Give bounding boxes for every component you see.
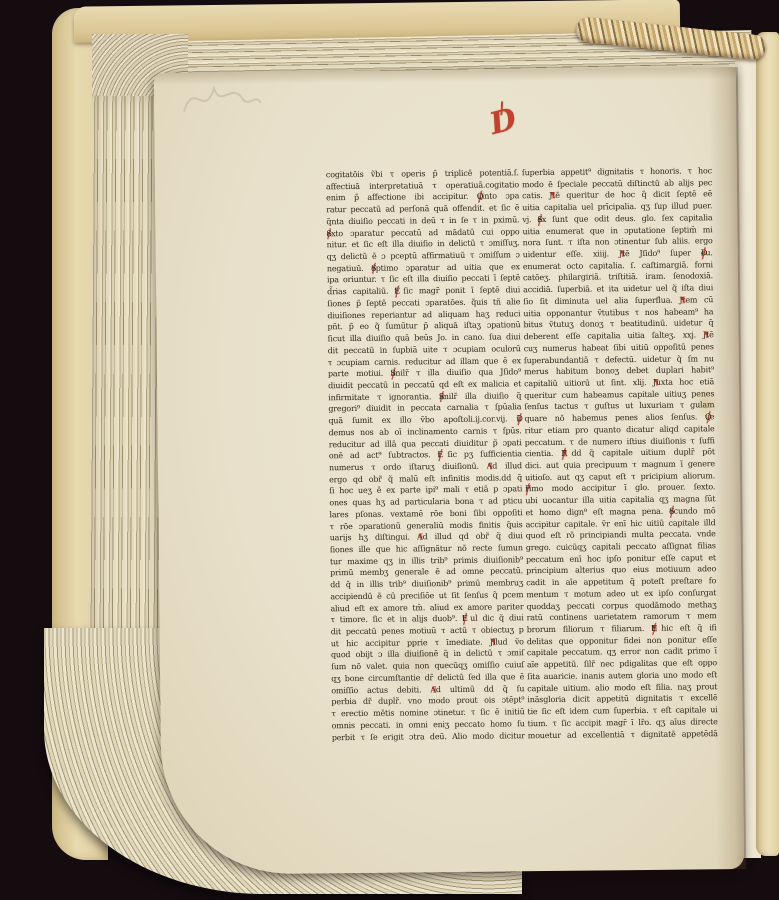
open-page: D cogitatōis ṽbi τ operis p̃ triplicē po… [154,67,744,875]
book-cover-right-edge [756,32,779,856]
text-column-right: ſuperbia appetit⁹ dignitatis τ honoris. … [522,165,718,741]
quire-mark-ornament: D [487,105,520,141]
text-line: perbit τ ſe erigit ɔtra deū. Alio modo d… [332,730,525,744]
text-column-left: cogitatōis ṽbi τ operis p̃ triplicē pote… [326,167,525,743]
photo-background: D cogitatōis ṽbi τ operis p̃ triplicē po… [0,0,779,900]
text-line: mouetur ad excellentiā τ dignitatē appet… [528,728,718,742]
pencil-scribble [176,72,267,133]
